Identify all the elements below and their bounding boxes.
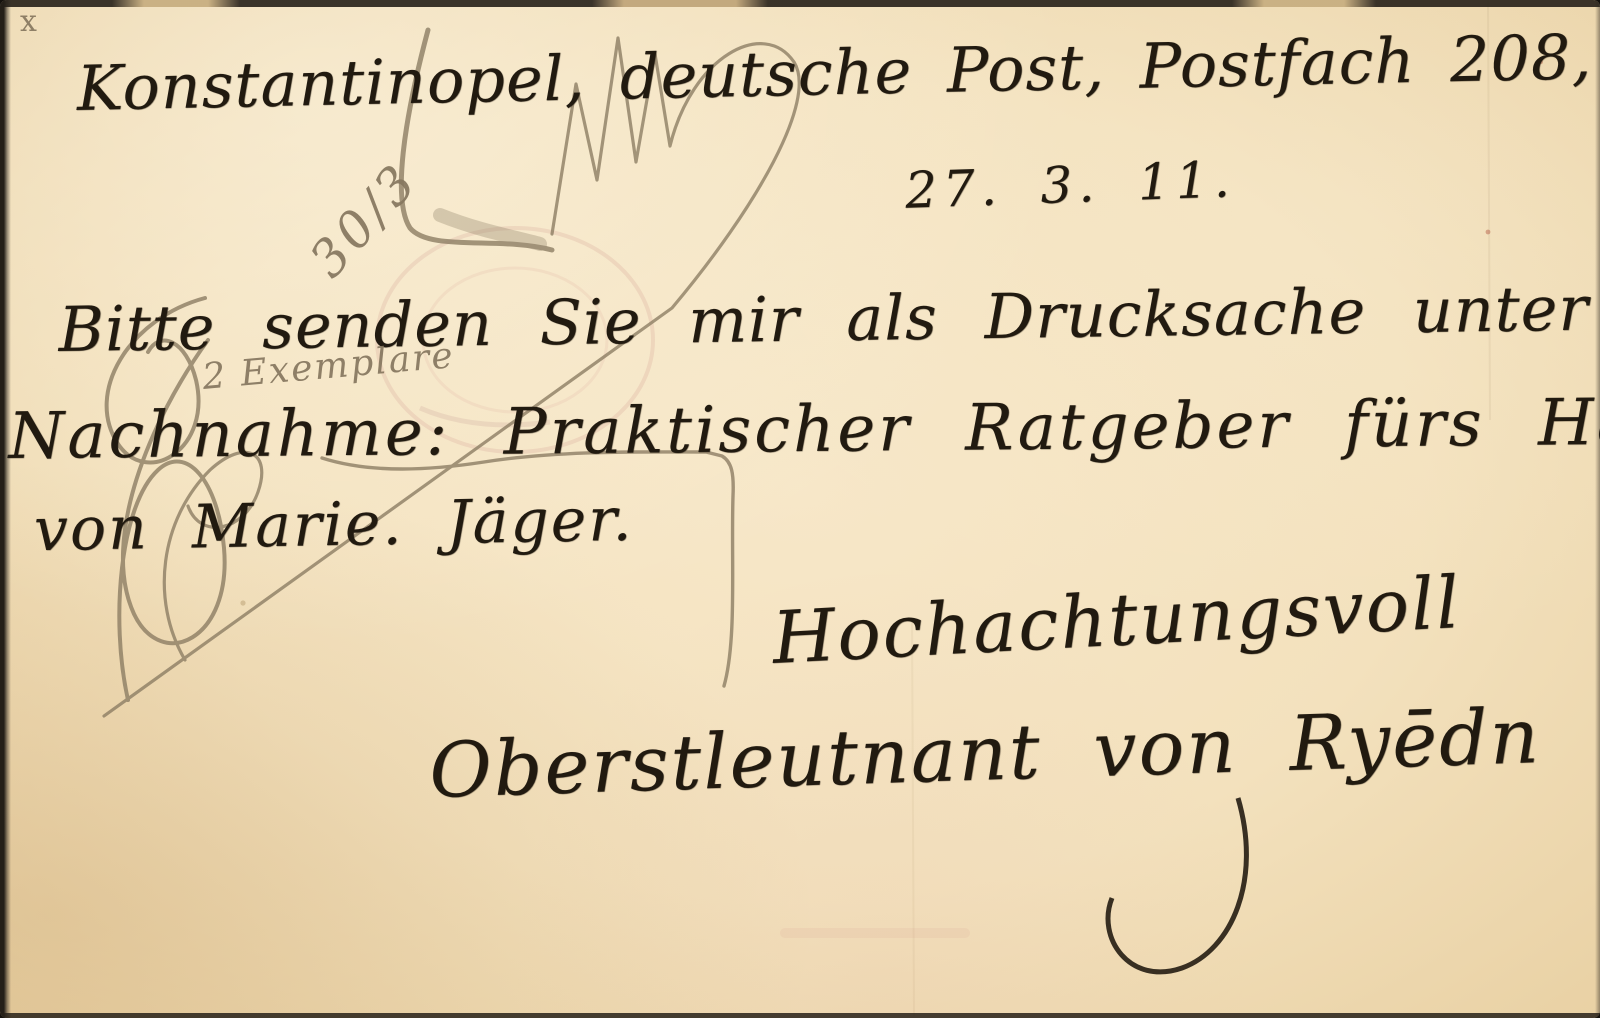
closing-text: Hochachtungsvoll	[770, 560, 1463, 680]
body-line-2: Nachnahme: Praktischer Ratgeber fürs Hau…	[8, 385, 1600, 474]
scan-edge-top	[0, 0, 1600, 7]
scan-edge-right	[1595, 0, 1600, 1018]
scan-edge-left	[0, 0, 11, 1018]
signature-flourish	[1108, 798, 1246, 972]
pencil-date-note: 30/3	[298, 151, 430, 288]
dateline-text: Konstantinopel, deutsche Post, Postfach …	[76, 20, 1593, 125]
scan-edge-bottom	[0, 1013, 1600, 1018]
postcard: Konstantinopel, deutsche Post, Postfach …	[0, 0, 1600, 1018]
body-line-3: von Marie. Jäger.	[33, 485, 634, 565]
date-text: 27. 3. 11.	[904, 150, 1236, 220]
signature-text: Oberstleutnant von Ryēdn	[428, 691, 1542, 815]
pencil-corner-mark: x	[20, 4, 37, 39]
